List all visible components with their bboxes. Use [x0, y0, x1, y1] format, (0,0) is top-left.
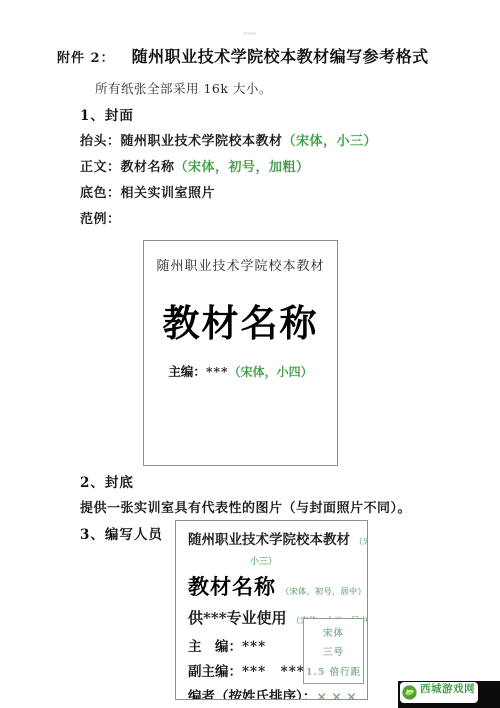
staff-audience-text: 供***专业使用: [188, 609, 287, 627]
editor-label: 主编：: [168, 364, 206, 379]
body-format-annotation: （宋体，初号，加粗）: [175, 160, 310, 175]
staff-header-format-part1: （宋体，: [355, 536, 368, 546]
editors-line: 编者（按姓氏排序）：×××: [188, 688, 367, 700]
section1-heading: 1、封面: [80, 104, 134, 124]
editor-format-annotation: （宋体，小四）: [229, 365, 313, 379]
font-note-size: 三号: [323, 644, 344, 658]
font-note-linespacing: 1.5 倍行距: [306, 664, 361, 678]
staff-title-format: （宋体，初号，居中）: [281, 586, 366, 596]
site-logo-icon: [402, 685, 417, 700]
section2-text: 提供一张实训室具有代表性的图片（与封面照片不同）。: [80, 497, 411, 516]
cover-header-line: 抬头：随州职业技术学院校本教材（宋体，小三）: [80, 130, 377, 149]
watermark-panel: 西城游戏网 · · · · · · · · · · · · · · · · · …: [398, 681, 500, 708]
bg-label: 底色：: [80, 186, 121, 201]
staff-title-line: 教材名称 （宋体，初号，居中）: [188, 574, 367, 604]
font-note-family: 宋体: [323, 625, 344, 639]
staff-header-line: 随州职业技术学院校本教材 （宋体，: [188, 531, 367, 550]
editors-label: 编者（按姓氏排序）：: [188, 689, 316, 700]
cover-bg-line: 底色：相关实训室照片: [80, 182, 215, 201]
header-row: 附件 2： 随州职业技术学院校本教材编写参考格式: [57, 44, 429, 67]
watermark-badge: 西城游戏网 · · · · · · · · · · · · · · · · · …: [400, 682, 478, 703]
deputy-editor-value: *** ***: [242, 664, 305, 680]
deputy-editor-label: 副主编：: [188, 664, 242, 680]
section3-heading: 3、编写人员: [80, 523, 163, 543]
font-note-box: 宋体 三号 1.5 倍行距: [303, 618, 364, 684]
header-text: 随州职业技术学院校本教材: [121, 134, 283, 149]
editor-value: ***: [206, 364, 229, 379]
body-label: 正文：: [80, 160, 121, 175]
staff-title-text: 教材名称: [188, 574, 276, 599]
paper-size-note: 所有纸张全部采用 16k 大小。: [95, 79, 272, 97]
watermark-site-name: 西城游戏网: [420, 684, 478, 695]
header-label: 抬头：: [80, 134, 121, 149]
section2-heading: 2、封底: [80, 471, 134, 491]
bg-text: 相关实训室照片: [121, 186, 216, 201]
attachment-label: 附件 2：: [57, 47, 115, 66]
cover-example-editor-line: 主编：***（宋体，小四）: [144, 362, 337, 380]
body-text: 教材名称: [121, 160, 175, 175]
cover-body-line: 正文：教材名称（宋体，初号，加粗）: [80, 156, 310, 175]
cover-example-box: 随州职业技术学院校本教材 教材名称 主编：***（宋体，小四）: [143, 240, 338, 466]
editors-value: ×××: [316, 690, 361, 700]
cover-example-title: 教材名称: [144, 300, 337, 346]
watermark-text: 西城游戏网 · · · · · · · · · · · · · · · · · …: [420, 684, 478, 701]
page-title: 随州职业技术学院校本教材编写参考格式: [132, 44, 429, 67]
chief-editor-label: 主 编：: [188, 639, 242, 655]
staff-header-text: 随州职业技术学院校本教材: [188, 532, 350, 548]
header-format-annotation: （宋体，小三）: [283, 134, 378, 149]
watermark-tagline: · · · · · · · · · · · · · · · · · ·: [420, 695, 478, 701]
staff-example-box: 随州职业技术学院校本教材 （宋体， 小三） 教材名称 （宋体，初号，居中） 供*…: [175, 520, 368, 700]
cover-example-header: 随州职业技术学院校本教材: [144, 258, 337, 276]
chief-editor-value: ***: [242, 639, 266, 655]
staff-header-format-part2: 小三）: [250, 556, 367, 568]
example-label: 范例：: [80, 208, 121, 227]
scan-smudge: [243, 32, 256, 35]
document-page: 附件 2： 随州职业技术学院校本教材编写参考格式 所有纸张全部采用 16k 大小…: [0, 0, 500, 708]
